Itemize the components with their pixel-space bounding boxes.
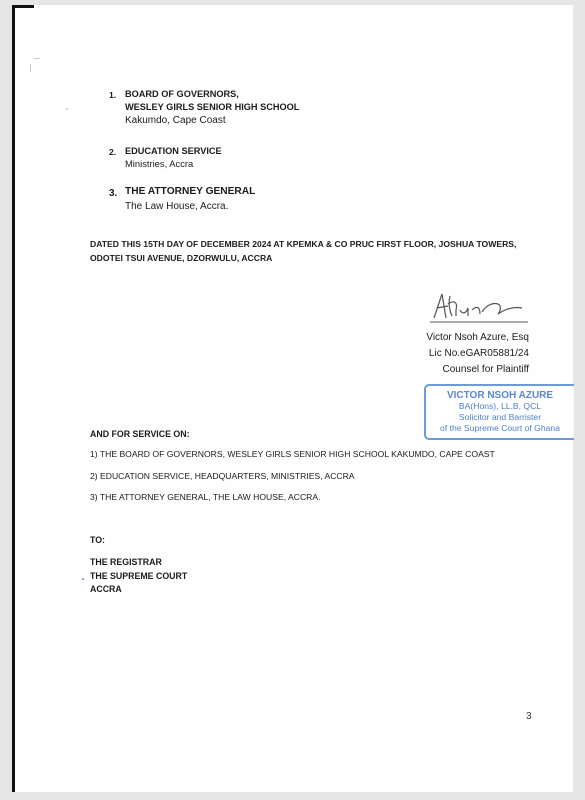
stamp-title: Solicitor and Barrister [426,412,574,423]
respondent-3-number: 3. [109,188,117,199]
stamp-name: VICTOR NSOH AZURE [426,390,574,401]
respondent-2-address: Ministries, Accra [125,158,193,170]
stamp-degrees: BA(Hons), LL.B, QCL [426,401,574,412]
service-item-1: 1) THE BOARD OF GOVERNORS, WESLEY GIRLS … [90,448,495,460]
service-item-2: 2) EDUCATION SERVICE, HEADQUARTERS, MINI… [90,470,355,482]
to-line-3: ACCRA [90,583,122,595]
scan-speck [30,64,31,72]
dated-line-2: ODOTEI TSUI AVENUE, DZORWULU, ACCRA [90,252,272,264]
to-line-1: THE REGISTRAR [90,556,162,568]
dated-line-1: DATED THIS 15TH DAY OF DECEMBER 2024 AT … [90,238,516,250]
respondent-3-line-1: THE ATTORNEY GENERAL [125,186,255,198]
signature-block: Victor Nsoh Azure, Esq Lic No.eGAR05881/… [426,330,529,378]
lawyer-stamp: VICTOR NSOH AZURE BA(Hons), LL.B, QCL So… [424,384,574,440]
respondent-1-address: Kakumdo, Cape Coast [125,115,226,127]
scan-speck [82,578,84,580]
page-number: 3 [526,711,532,722]
respondent-1-line-1: BOARD OF GOVERNORS, [125,88,239,100]
respondent-1-number: 1. [109,90,116,100]
scan-speck [34,58,40,59]
to-line-2: THE SUPREME COURT [90,570,187,582]
counsel-role: Counsel for Plaintiff [426,362,529,378]
counsel-name: Victor Nsoh Azure, Esq [426,330,529,346]
respondent-3-address: The Law House, Accra. [125,201,228,213]
respondent-2-number: 2. [109,147,116,157]
page-edge-mark [12,5,34,8]
stamp-court: of the Supreme Court of Ghana [426,423,574,434]
counsel-license: Lic No.eGAR05881/24 [426,346,529,362]
to-heading: TO: [90,534,105,546]
respondent-1-line-2: WESLEY GIRLS SENIOR HIGH SCHOOL [125,101,299,113]
service-heading: AND FOR SERVICE ON: [90,428,190,440]
signature-icon [428,288,538,330]
service-item-3: 3) THE ATTORNEY GENERAL, THE LAW HOUSE, … [90,491,321,503]
scan-speck [66,108,68,110]
respondent-2-line-1: EDUCATION SERVICE [125,145,222,157]
